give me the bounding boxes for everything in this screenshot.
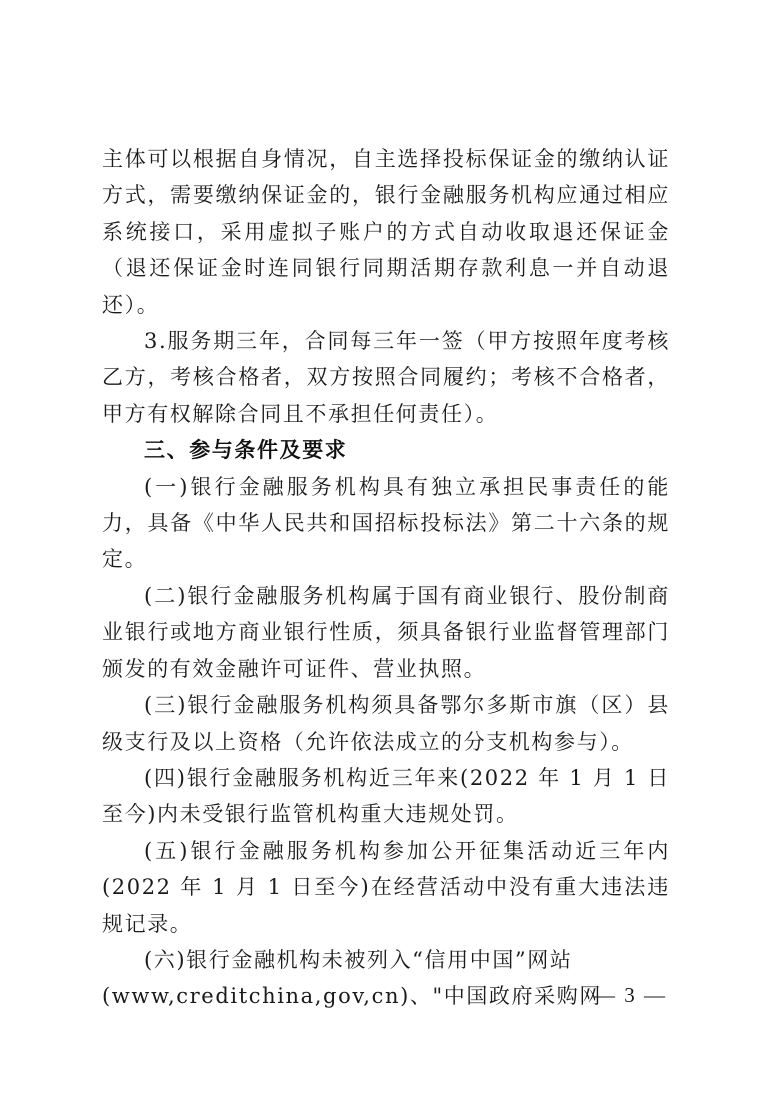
page-number: — 3 — [594,983,667,1008]
paragraph-condition-6: (六)银行金融机构未被列入“信用中国”网站 [102,942,670,978]
paragraph-condition-6-continuation: (www,creditchina,gov,cn)、"中国政府采购网 [102,978,670,1014]
paragraph-service-period: 3.服务期三年，合同每三年一签（甲方按照年度考核乙方，考核合格者，双方按照合同履… [102,323,670,432]
paragraph-condition-2: (二)银行金融服务机构属于国有商业银行、股份制商业银行或地方商业银行性质，须具备… [102,578,670,687]
paragraph-condition-5: (五)银行金融服务机构参加公开征集活动近三年内(2022 年 1 月 1 日至今… [102,833,670,942]
section-heading-conditions: 三、参与条件及要求 [102,432,670,468]
paragraph-deposit-continuation: 主体可以根据自身情况，自主选择投标保证金的缴纳认证方式，需要缴纳保证金的，银行金… [102,141,670,323]
document-page: 主体可以根据自身情况，自主选择投标保证金的缴纳认证方式，需要缴纳保证金的，银行金… [0,0,768,1095]
document-body: 主体可以根据自身情况，自主选择投标保证金的缴纳认证方式，需要缴纳保证金的，银行金… [102,141,670,1015]
paragraph-condition-1: (一)银行金融服务机构具有独立承担民事责任的能力，具备《中华人民共和国招标投标法… [102,469,670,578]
paragraph-condition-3: (三)银行金融服务机构须具备鄂尔多斯市旗（区）县级支行及以上资格（允许依法成立的… [102,687,670,760]
paragraph-condition-4: (四)银行金融服务机构近三年来(2022 年 1 月 1 日至今)内未受银行监管… [102,760,670,833]
